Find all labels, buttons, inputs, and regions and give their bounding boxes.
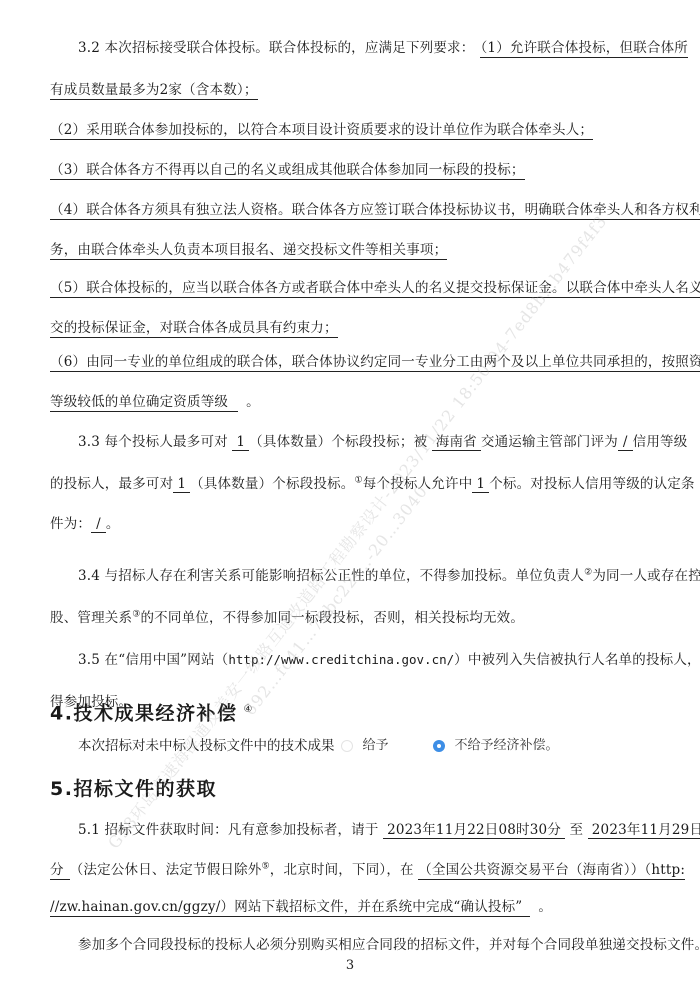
section-5-heading: 5.招标文件的获取 xyxy=(50,776,217,802)
item6-text-cont: 等级较低的单位确定资质等级 xyxy=(50,394,238,412)
clause-3-2-item3: （3）联合体各方不得再以自己的名义或组成其他联合体参加同一标段的投标； xyxy=(50,160,650,180)
text: 3.5 在“信用中国”网站（ xyxy=(78,652,228,668)
footnote-4-mark[interactable]: ④ xyxy=(243,704,253,715)
text: 股、管理关系 xyxy=(50,610,132,626)
province-value: 海南省 xyxy=(432,434,481,451)
compensation-prompt: 本次招标对未中标人投标文件中的技术成果 xyxy=(78,736,335,756)
max-sections-credit-value: 1 xyxy=(173,476,190,493)
text: （具体数量）个标段投标。 xyxy=(190,476,354,492)
clause-3-3-line3: 件为：/。 xyxy=(50,514,650,534)
clause-3-2-item6: （6）由同一专业的单位组成的联合体，联合体协议约定同一专业分工由两个及以上单位共… xyxy=(50,352,650,372)
clause-3-2-item6-cont: 等级较低的单位确定资质等级。 xyxy=(50,392,650,412)
clause-5-1-line3: //zw.hainan.gov.cn/ggzy/）网站下载招标文件，并在系统中完… xyxy=(50,897,650,917)
footnote-5-mark[interactable]: ⑤ xyxy=(262,862,270,872)
clause-3-4-line2: 股、管理关系③的不同单位，不得参加同一标段投标，否则，相关投标均无效。 xyxy=(50,608,650,628)
radio-give-label[interactable]: 给予 xyxy=(363,736,389,756)
text: 交通运输主管部门评为 xyxy=(481,434,618,450)
credit-condition-value: / xyxy=(91,516,106,533)
text: 3.3 每个投标人最多可对 xyxy=(78,434,228,450)
section-4-heading: 4.技术成果经济补偿④ xyxy=(50,697,254,726)
clause-3-2-item5-cont: 交的投标保证金，对联合体各成员具有约束力； xyxy=(50,318,650,338)
item2-text: （2）采用联合体参加投标的，以符合本项目设计资质要求的设计单位作为联合体牵头人； xyxy=(50,122,593,140)
end-time-value-cont: 分 xyxy=(50,862,70,880)
text: 5.1 招标文件获取时间：凡有意参加投标者，请于 xyxy=(78,822,379,838)
clause-3-2-line1: 3.2 本次招标接受联合体投标。联合体投标的，应满足下列要求：（1）允许联合体投… xyxy=(78,38,650,58)
clause-3-5-line1: 3.5 在“信用中国”网站（http://www.creditchina.gov… xyxy=(78,650,650,670)
item6-end: 。 xyxy=(246,394,260,410)
clause-5-1-line1: 5.1 招标文件获取时间：凡有意参加投标者，请于 2023年11月22日08时3… xyxy=(78,820,650,840)
clause-3-2-item4: （4）联合体各方须具有独立法人资格。联合体各方应签订联合体投标协议书，明确联合体… xyxy=(50,200,650,220)
item4-text-cont: 务，由联合体牵头人负责本项目报名、递交投标文件等相关事项； xyxy=(50,242,447,260)
clause-3-2-item2: （2）采用联合体参加投标的，以符合本项目设计资质要求的设计单位作为联合体牵头人； xyxy=(50,120,650,140)
clause-3-3-line2: 的投标人，最多可对1（具体数量）个标段投标。①每个投标人允许中1个标。对投标人信… xyxy=(50,474,650,494)
text: 每个投标人允许中 xyxy=(363,476,473,492)
platform-value: （全国公共资源交易平台（海南省））（http: xyxy=(418,862,685,880)
clause-3-2-item5: （5）联合体投标的，应当以联合体各方或者联合体中牵头人的名义提交投标保证金。以联… xyxy=(50,278,650,298)
text: 信用等级 xyxy=(633,434,688,450)
text: ，北京时间，下同），在 xyxy=(270,862,414,878)
text: 3.4 与招标人存在利害关系可能影响招标公正性的单位，不得参加投标。单位负责人 xyxy=(78,568,584,584)
compensation-radio-group: 本次招标对未中标人投标文件中的技术成果 给予 不给予经济补偿。 xyxy=(78,736,559,756)
item5-text-cont: 交的投标保证金，对联合体各成员具有约束力； xyxy=(50,320,338,338)
text: 。 xyxy=(106,516,120,532)
section-4-title: 4.技术成果经济补偿 xyxy=(50,702,237,724)
text: ）中被列入失信被执行人名单的投标人，不 xyxy=(454,652,700,668)
footnote-1-mark[interactable]: ① xyxy=(355,476,363,486)
text: （具体数量）个标段投标；被 xyxy=(249,434,427,450)
clause-3-2-line2: 有成员数量最多为2家（含本数）； xyxy=(50,80,650,100)
clause-3-2-item1-cont: 有成员数量最多为2家（含本数）； xyxy=(50,82,258,100)
item4-text: （4）联合体各方须具有独立法人资格。联合体各方应签订联合体投标协议书，明确联合体… xyxy=(50,202,700,220)
radio-give[interactable] xyxy=(341,740,353,752)
text: 。 xyxy=(538,899,552,915)
clause-3-2-item1: （1）允许联合体投标，但联合体所 xyxy=(480,40,688,58)
clause-3-2-lead: 3.2 本次招标接受联合体投标。联合体投标的，应满足下列要求： xyxy=(78,40,474,56)
max-wins-value: 1 xyxy=(472,476,489,493)
credit-level-value: / xyxy=(618,434,633,451)
item3-text: （3）联合体各方不得再以自己的名义或组成其他联合体参加同一标段的投标； xyxy=(50,162,525,180)
text: 至 xyxy=(570,822,584,838)
max-sections-value: 1 xyxy=(232,434,249,451)
platform-value-cont: //zw.hainan.gov.cn/ggzy/）网站下载招标文件，并在系统中完… xyxy=(50,899,530,917)
end-time-value: 2023年11月29日17时30 xyxy=(588,822,700,839)
item6-text: （6）由同一专业的单位组成的联合体，联合体协议约定同一专业分工由两个及以上单位共… xyxy=(50,354,700,372)
document-page: 3.2 本次招标接受联合体投标。联合体投标的，应满足下列要求：（1）允许联合体投… xyxy=(0,0,700,989)
text: 为同一人或存在控 xyxy=(592,568,700,584)
clause-3-3-line1: 3.3 每个投标人最多可对 1（具体数量）个标段投标；被 海南省交通运输主管部门… xyxy=(78,432,650,452)
section-5-note: 参加多个合同段投标的投标人必须分别购买相应合同段的招标文件，并对每个合同段单独递… xyxy=(78,935,650,955)
clause-3-2-item4-cont: 务，由联合体牵头人负责本项目报名、递交投标文件等相关事项； xyxy=(50,240,650,260)
section-5-title: 5.招标文件的获取 xyxy=(50,778,217,800)
text: （法定公休日、法定节假日除外 xyxy=(70,862,262,878)
page-number: 3 xyxy=(0,958,700,973)
clause-3-4-line1: 3.4 与招标人存在利害关系可能影响招标公正性的单位，不得参加投标。单位负责人②… xyxy=(78,566,650,586)
creditchina-link[interactable]: http://www.creditchina.gov.cn/ xyxy=(228,652,454,667)
text: 的不同单位，不得参加同一标段投标，否则，相关投标均无效。 xyxy=(140,610,524,626)
radio-not-give-label[interactable]: 不给予经济补偿。 xyxy=(455,736,559,756)
clause-5-1-line2: 分（法定公休日、法定节假日除外⑤，北京时间，下同），在 （全国公共资源交易平台（… xyxy=(50,860,650,880)
text: 的投标人，最多可对 xyxy=(50,476,173,492)
multi-contract-note: 参加多个合同段投标的投标人必须分别购买相应合同段的招标文件，并对每个合同段单独递… xyxy=(78,937,700,953)
start-time-value: 2023年11月22日08时30分 xyxy=(383,822,565,839)
text: 件为： xyxy=(50,516,91,532)
item5-text: （5）联合体投标的，应当以联合体各方或者联合体中牵头人的名义提交投标保证金。以联… xyxy=(50,280,700,298)
text: 个标。对投标人信用等级的认定条 xyxy=(489,476,695,492)
radio-not-give[interactable] xyxy=(433,740,445,752)
